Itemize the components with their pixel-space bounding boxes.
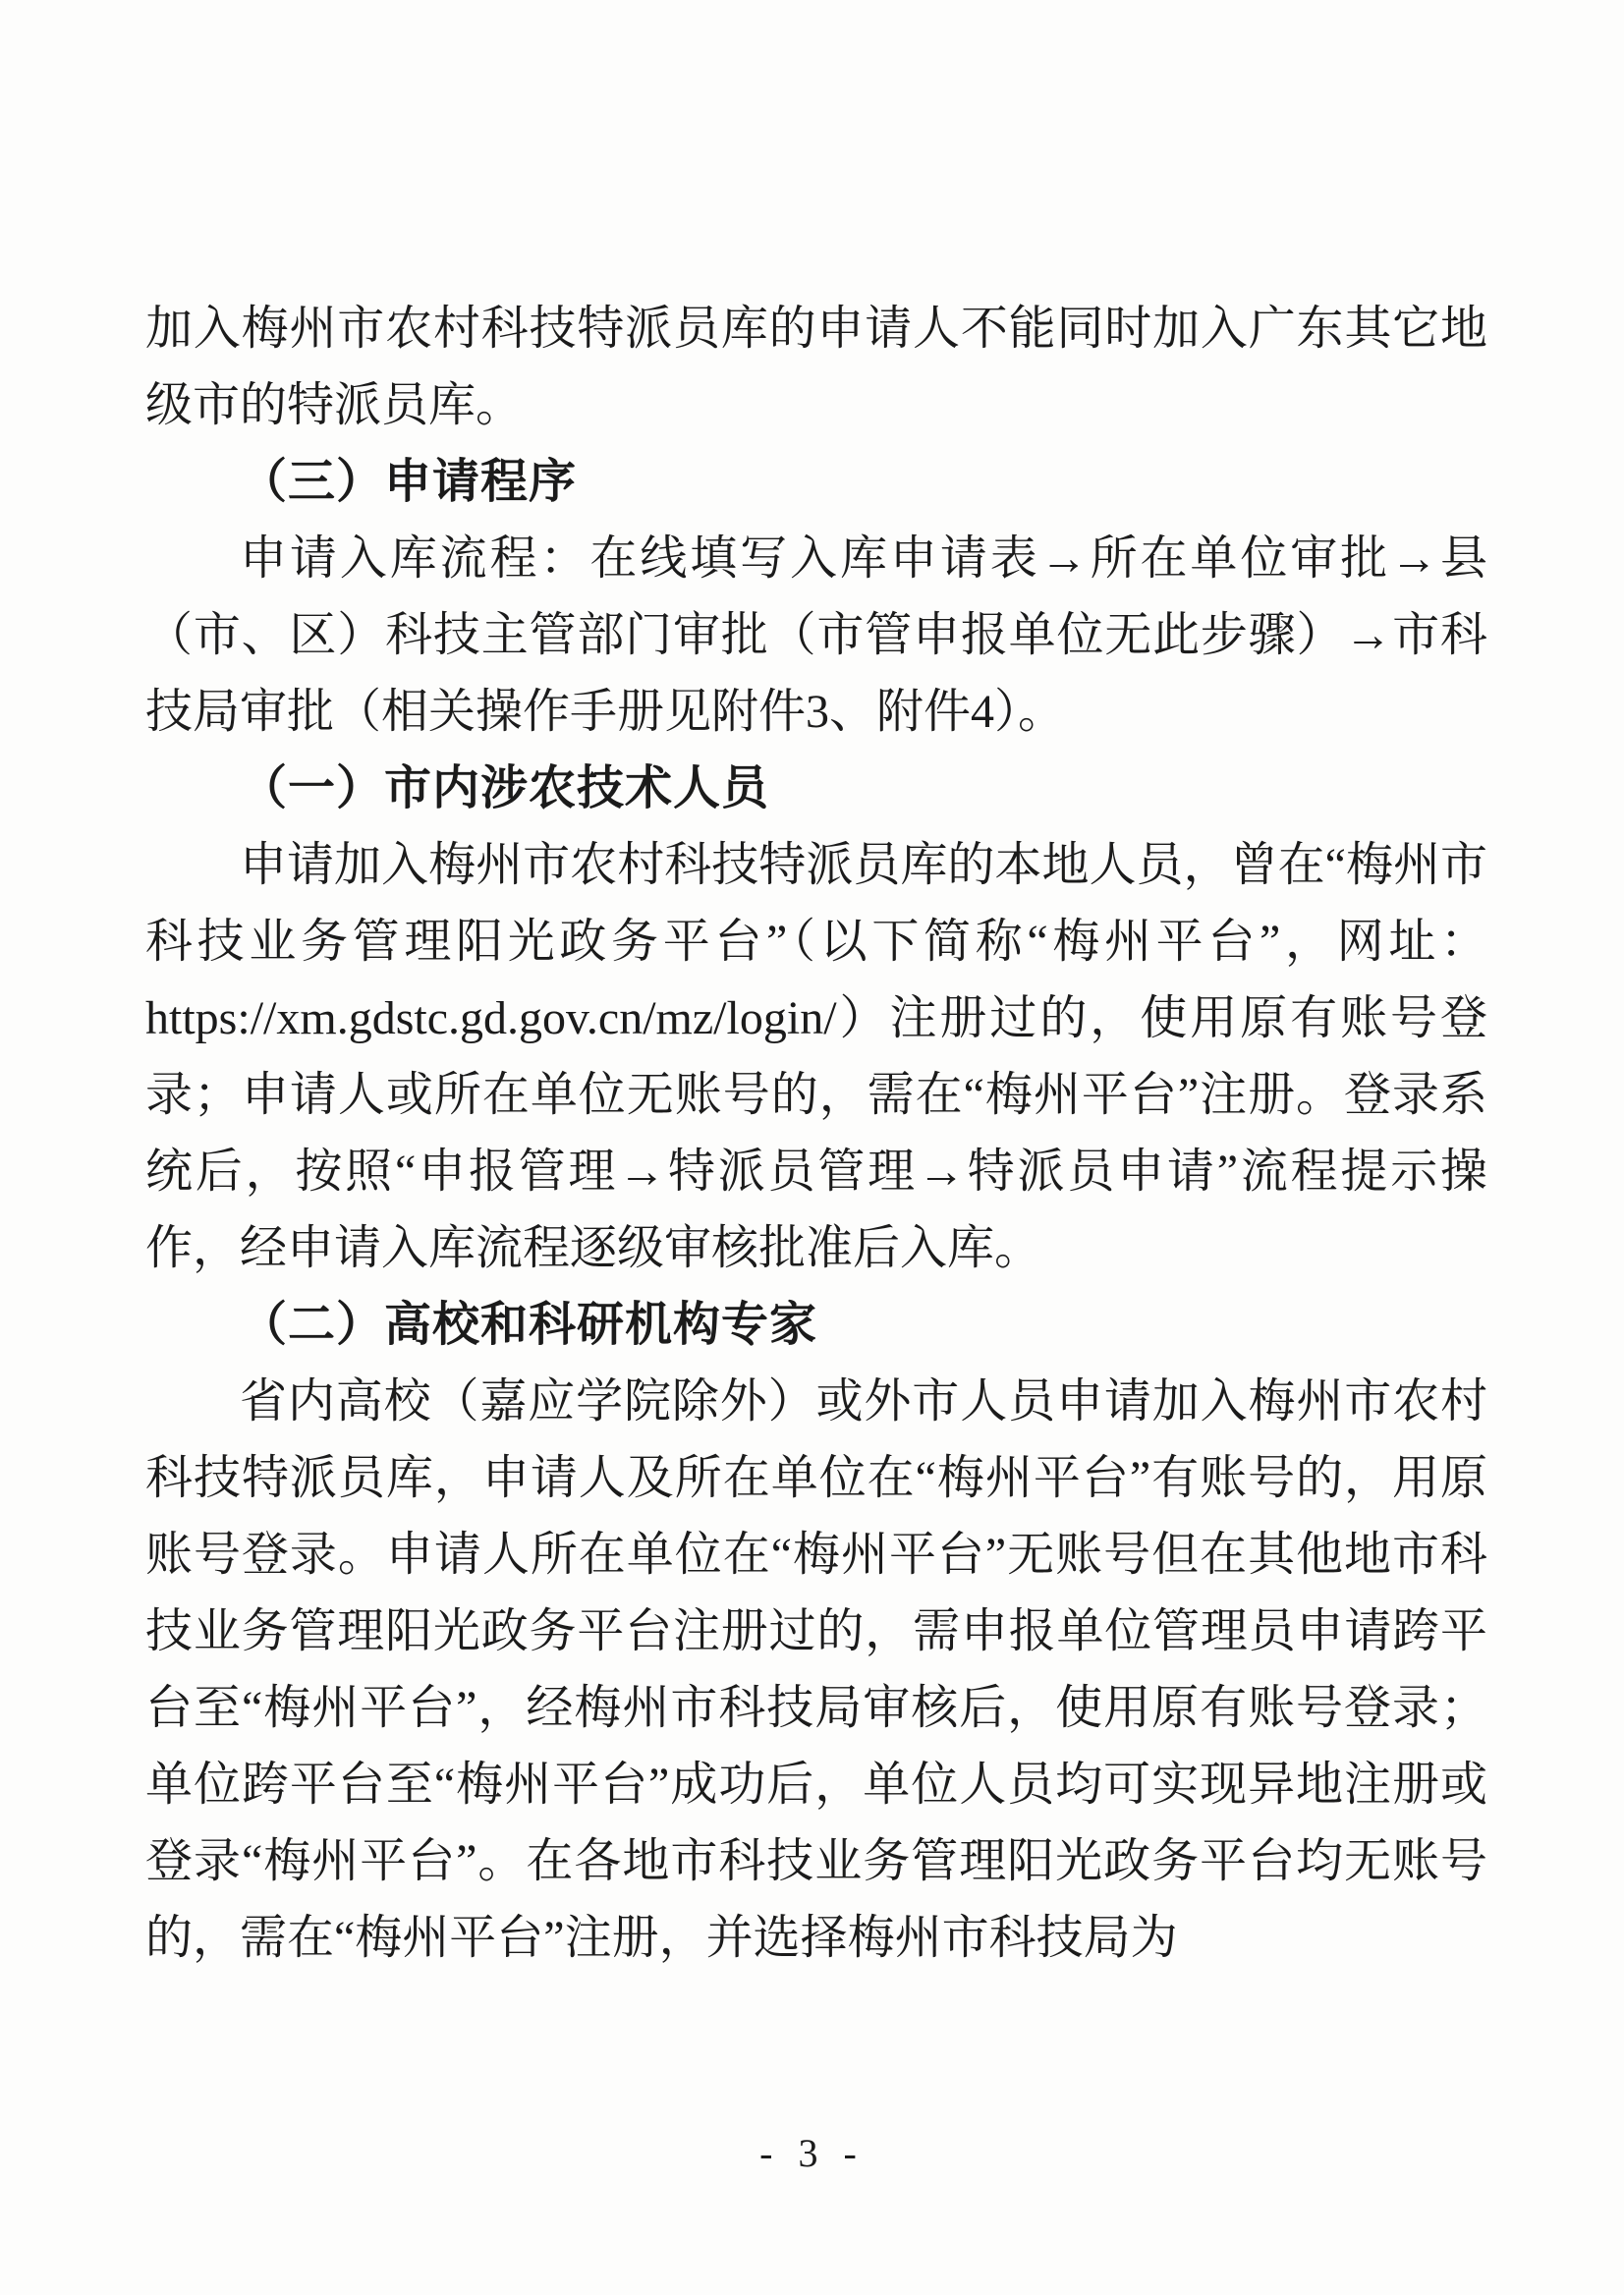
subsection-heading-local-agricultural-personnel: （一）市内涉农技术人员 [145, 751, 1487, 827]
paragraph-application-flow: 申请入库流程：在线填写入库申请表→所在单位审批→县（市、区）科技主管部门审批（市… [145, 521, 1487, 751]
document-page: 加入梅州市农村科技特派员库的申请人不能同时加入广东其它地级市的特派员库。 （三）… [0, 0, 1624, 2295]
subsection-heading-university-research-experts: （二）高校和科研机构专家 [145, 1287, 1487, 1364]
paragraph-local-personnel-registration: 申请加入梅州市农村科技特派员库的本地人员，曾在“梅州市科技业务管理阳光政务平台”… [145, 827, 1487, 1287]
document-body: 加入梅州市农村科技特派员库的申请人不能同时加入广东其它地级市的特派员库。 （三）… [145, 291, 1487, 1977]
paragraph-continued-from-previous-page: 加入梅州市农村科技特派员库的申请人不能同时加入广东其它地级市的特派员库。 [145, 291, 1487, 444]
section-heading-application-procedure: （三）申请程序 [145, 444, 1487, 521]
page-number: - 3 - [0, 2130, 1624, 2177]
paragraph-university-experts-registration: 省内高校（嘉应学院除外）或外市人员申请加入梅州市农村科技特派员库，申请人及所在单… [145, 1364, 1487, 1977]
